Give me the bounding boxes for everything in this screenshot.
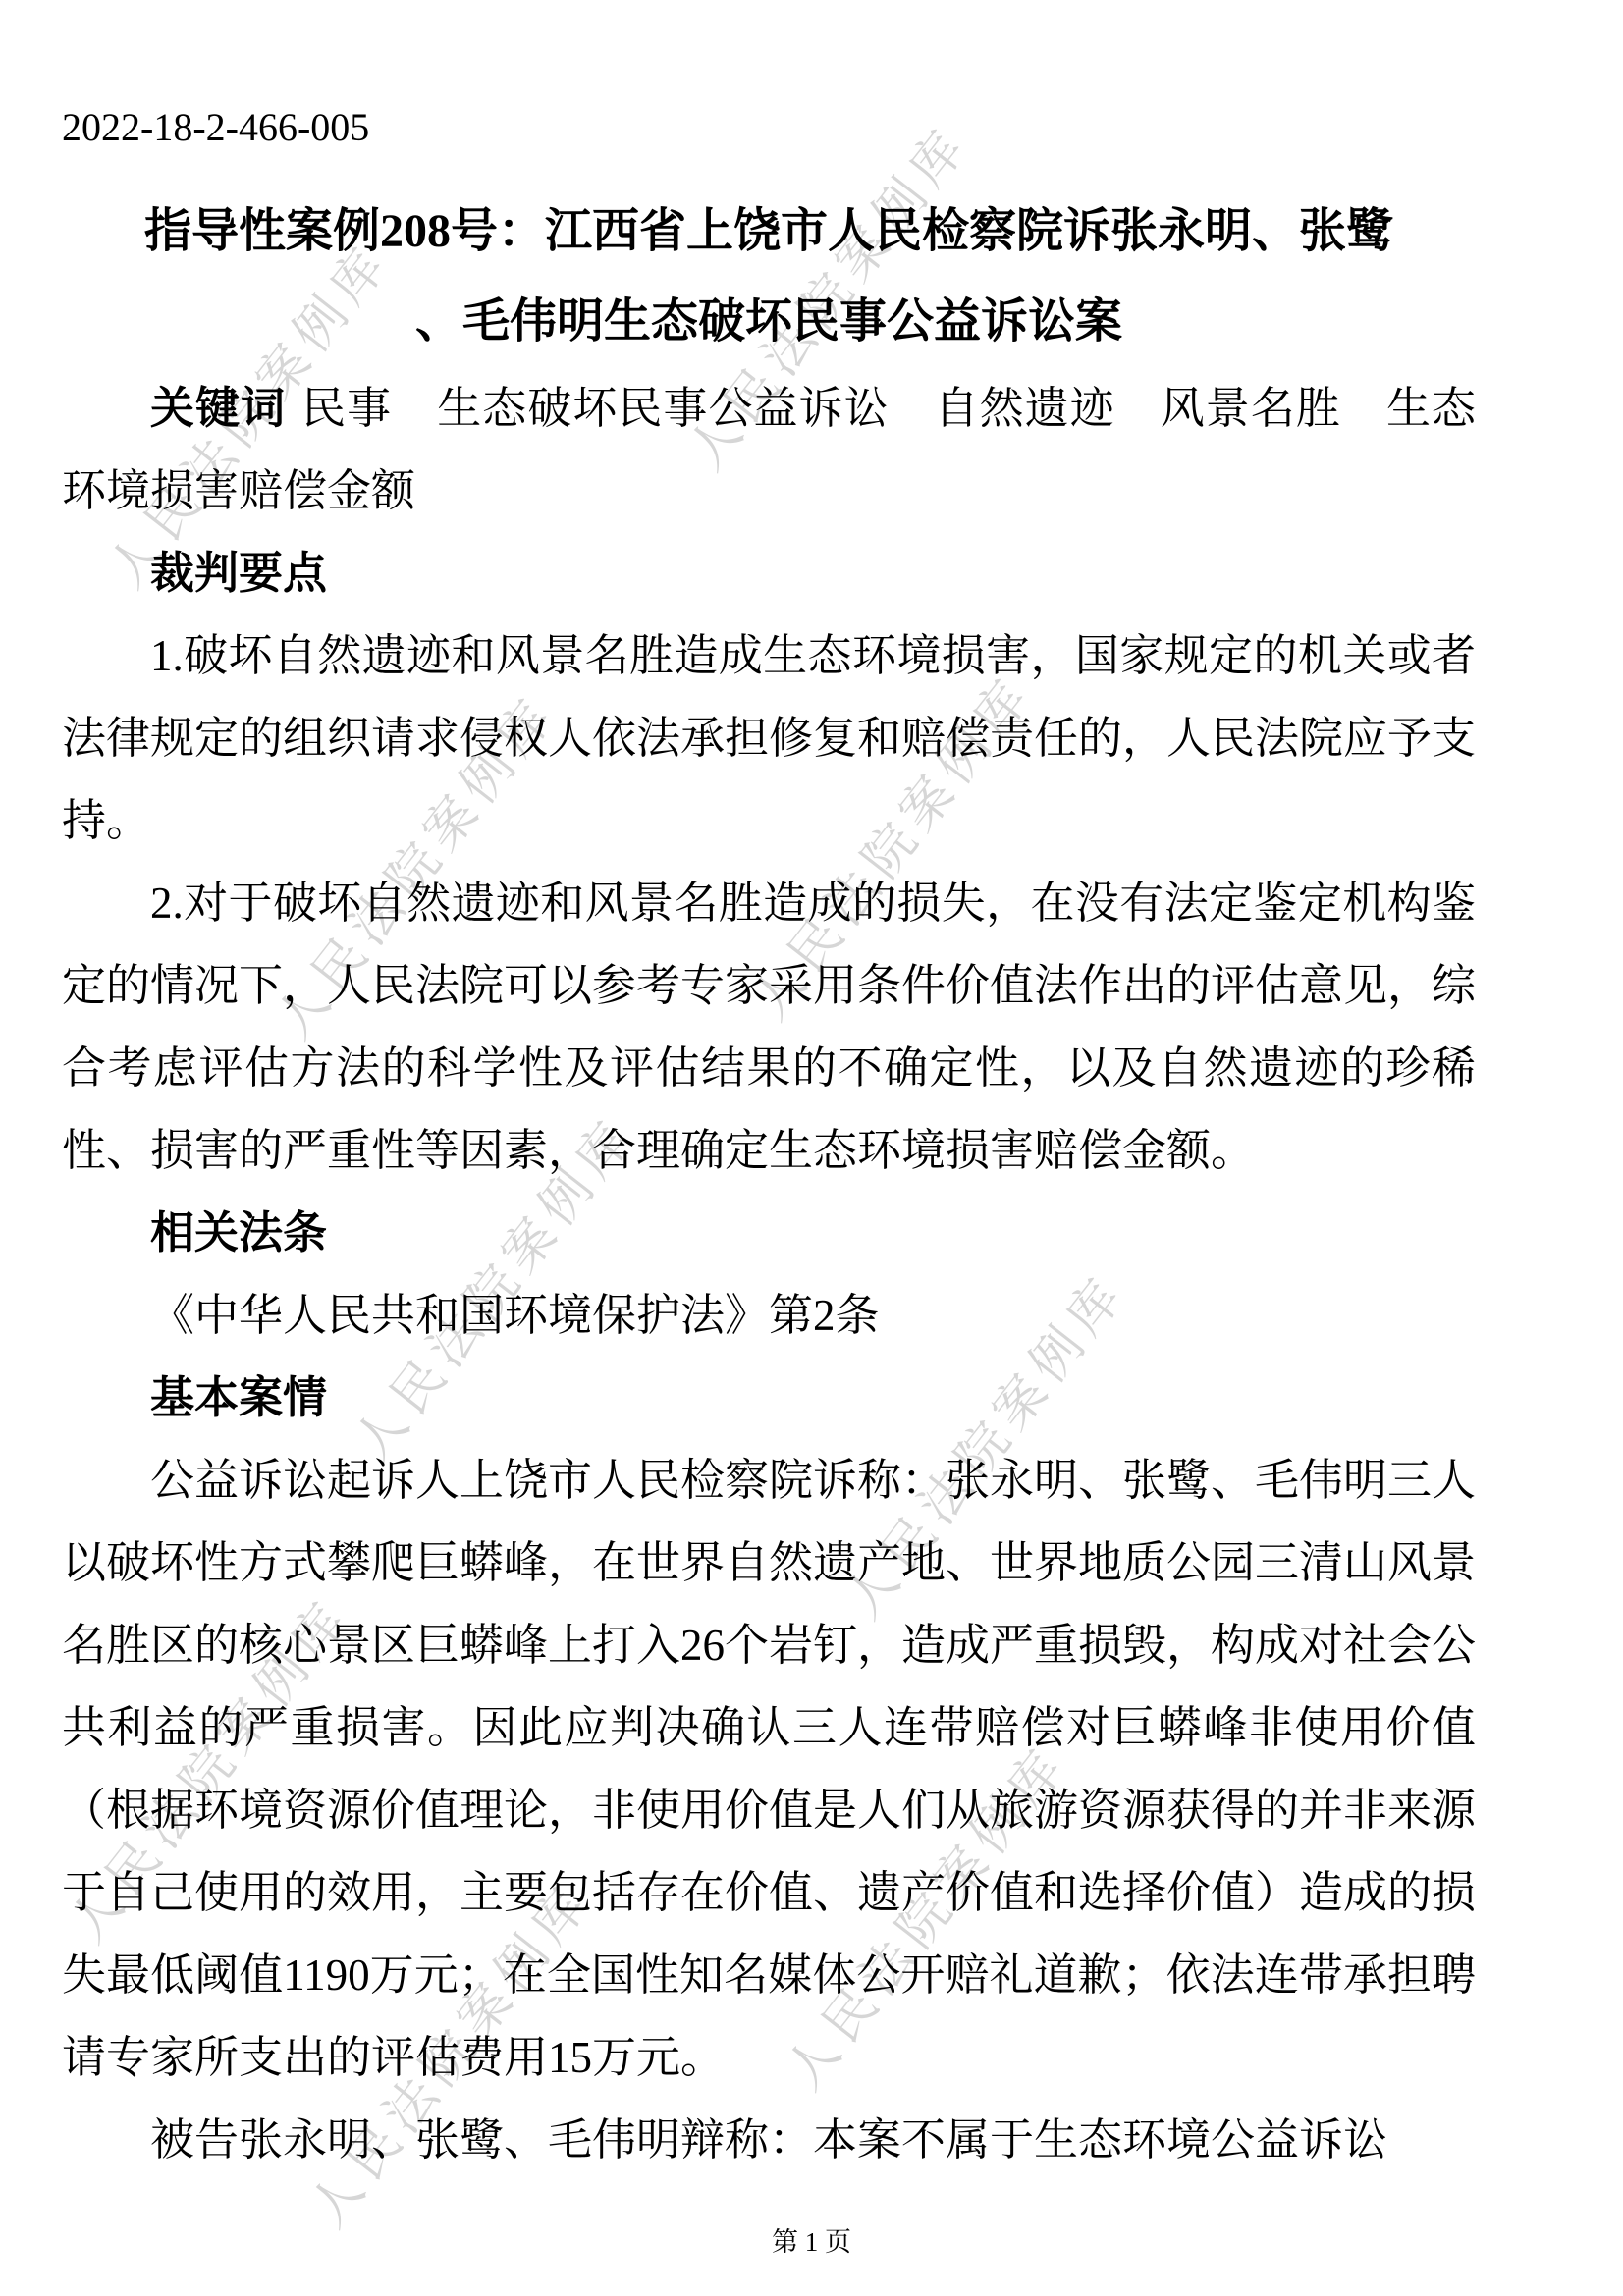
body-paragraph: 《中华人民共和国环境保护法》第2条 (62, 1274, 1476, 1357)
body-paragraph: 被告张永明、张鹭、毛伟明辩称：本案不属于生态环境公益诉讼 (62, 2099, 1476, 2181)
title-line: 、毛伟明生态破坏民事公益诉讼案 (62, 277, 1476, 367)
doc-number: 2022-18-2-466-005 (62, 98, 1476, 157)
document-content: 2022-18-2-466-005 指导性案例208号：江西省上饶市人民检察院诉… (62, 98, 1476, 2181)
keywords-label: 关键词 (150, 383, 286, 433)
body-paragraph: 1.破坏自然遗迹和风景名胜造成生态环境损害，国家规定的机关或者法律规定的组织请求… (62, 614, 1476, 862)
body-paragraph: 公益诉讼起诉人上饶市人民检察院诉称：张永明、张鹭、毛伟明三人以破坏性方式攀爬巨蟒… (62, 1439, 1476, 2099)
keywords-line: 关键词民事 生态破坏民事公益诉讼 自然遗迹 风景名胜 生态环境损害赔偿金额 (62, 367, 1476, 532)
section-heading-basic-facts: 基本案情 (62, 1357, 1476, 1439)
page-number: 第 1 页 (0, 2220, 1623, 2259)
title-line: 指导性案例208号：江西省上饶市人民检察院诉张永明、张鹭 (62, 187, 1476, 277)
document-page: 人民法院案例库 人民法院案例库 人民法院案例库 人民法院案例库 人民法院案例库 … (0, 0, 1623, 2296)
body-paragraph: 2.对于破坏自然遗迹和风景名胜造成的损失，在没有法定鉴定机构鉴定的情况下，人民法… (62, 862, 1476, 1192)
case-title: 指导性案例208号：江西省上饶市人民检察院诉张永明、张鹭 、毛伟明生态破坏民事公… (62, 187, 1476, 367)
section-heading-related-articles: 相关法条 (62, 1192, 1476, 1274)
section-heading-judgment-points: 裁判要点 (62, 532, 1476, 614)
